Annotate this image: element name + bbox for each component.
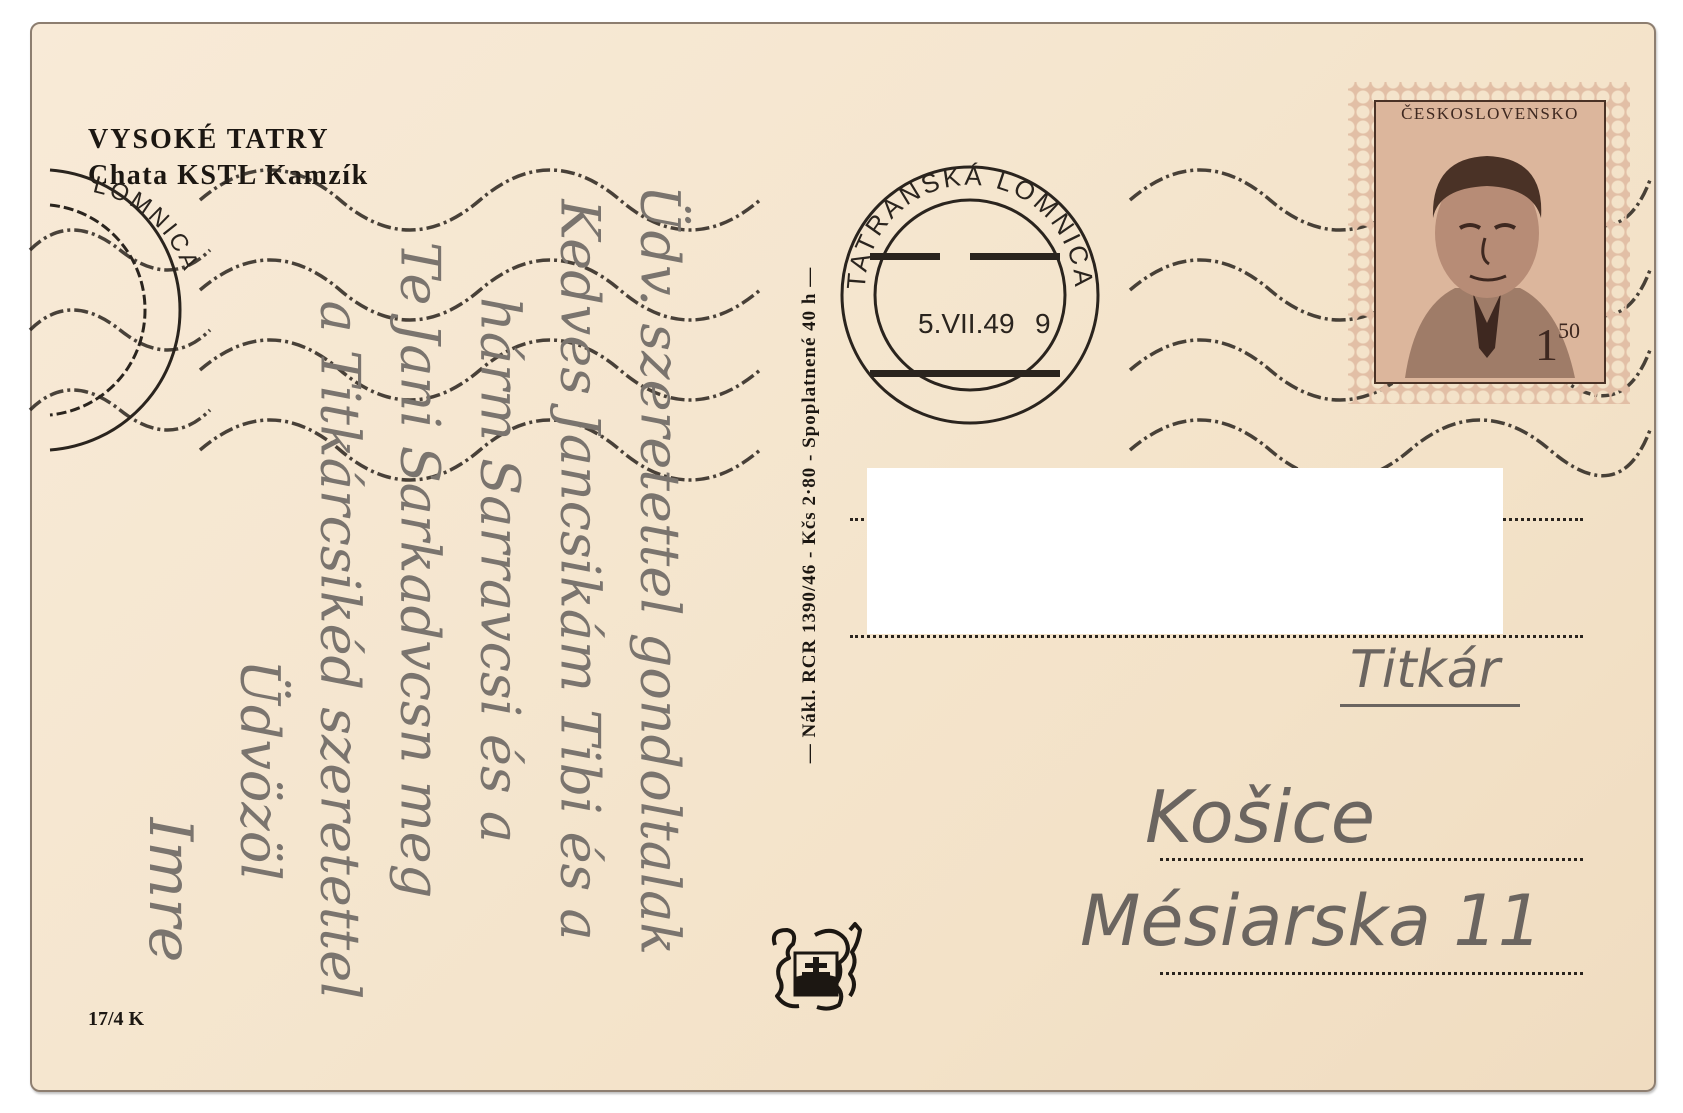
address-city: Košice — [1145, 775, 1375, 859]
message-line: Te Jani Sarkadvcsn meg — [389, 242, 452, 899]
message-line: Üdv. szeretettel gondoltalak — [629, 185, 692, 955]
message-line: Kedves Jancsikám Tibi és a — [549, 199, 612, 940]
message-line: Üdvözöl — [229, 659, 292, 880]
stamp-value: 150 — [1535, 318, 1580, 371]
handwritten-message: Üdv. szeretettel gondoltalak Kedves Janc… — [60, 130, 750, 1060]
address-line-2 — [850, 635, 1583, 638]
signature: Imre — [135, 818, 205, 963]
address-street: Mésiarska 11 — [1080, 880, 1542, 962]
address-title: Titkár — [1340, 640, 1520, 707]
message-line: a Titkárcsikéd szeretettel — [309, 301, 372, 1000]
redacted-recipient — [867, 468, 1503, 634]
postmark-date: 5.VII.49 — [918, 308, 1015, 339]
address-line-4 — [1160, 972, 1583, 975]
message-line: hárm Sarravcsi és a — [469, 297, 532, 843]
postmark-tatranska-lomnica: TATRANSKÁ LOMNICA 5.VII.49 9 — [830, 150, 1110, 440]
postmark-hour: 9 — [1035, 308, 1051, 339]
stamp-country: ČESKOSLOVENSKO — [1374, 104, 1606, 124]
